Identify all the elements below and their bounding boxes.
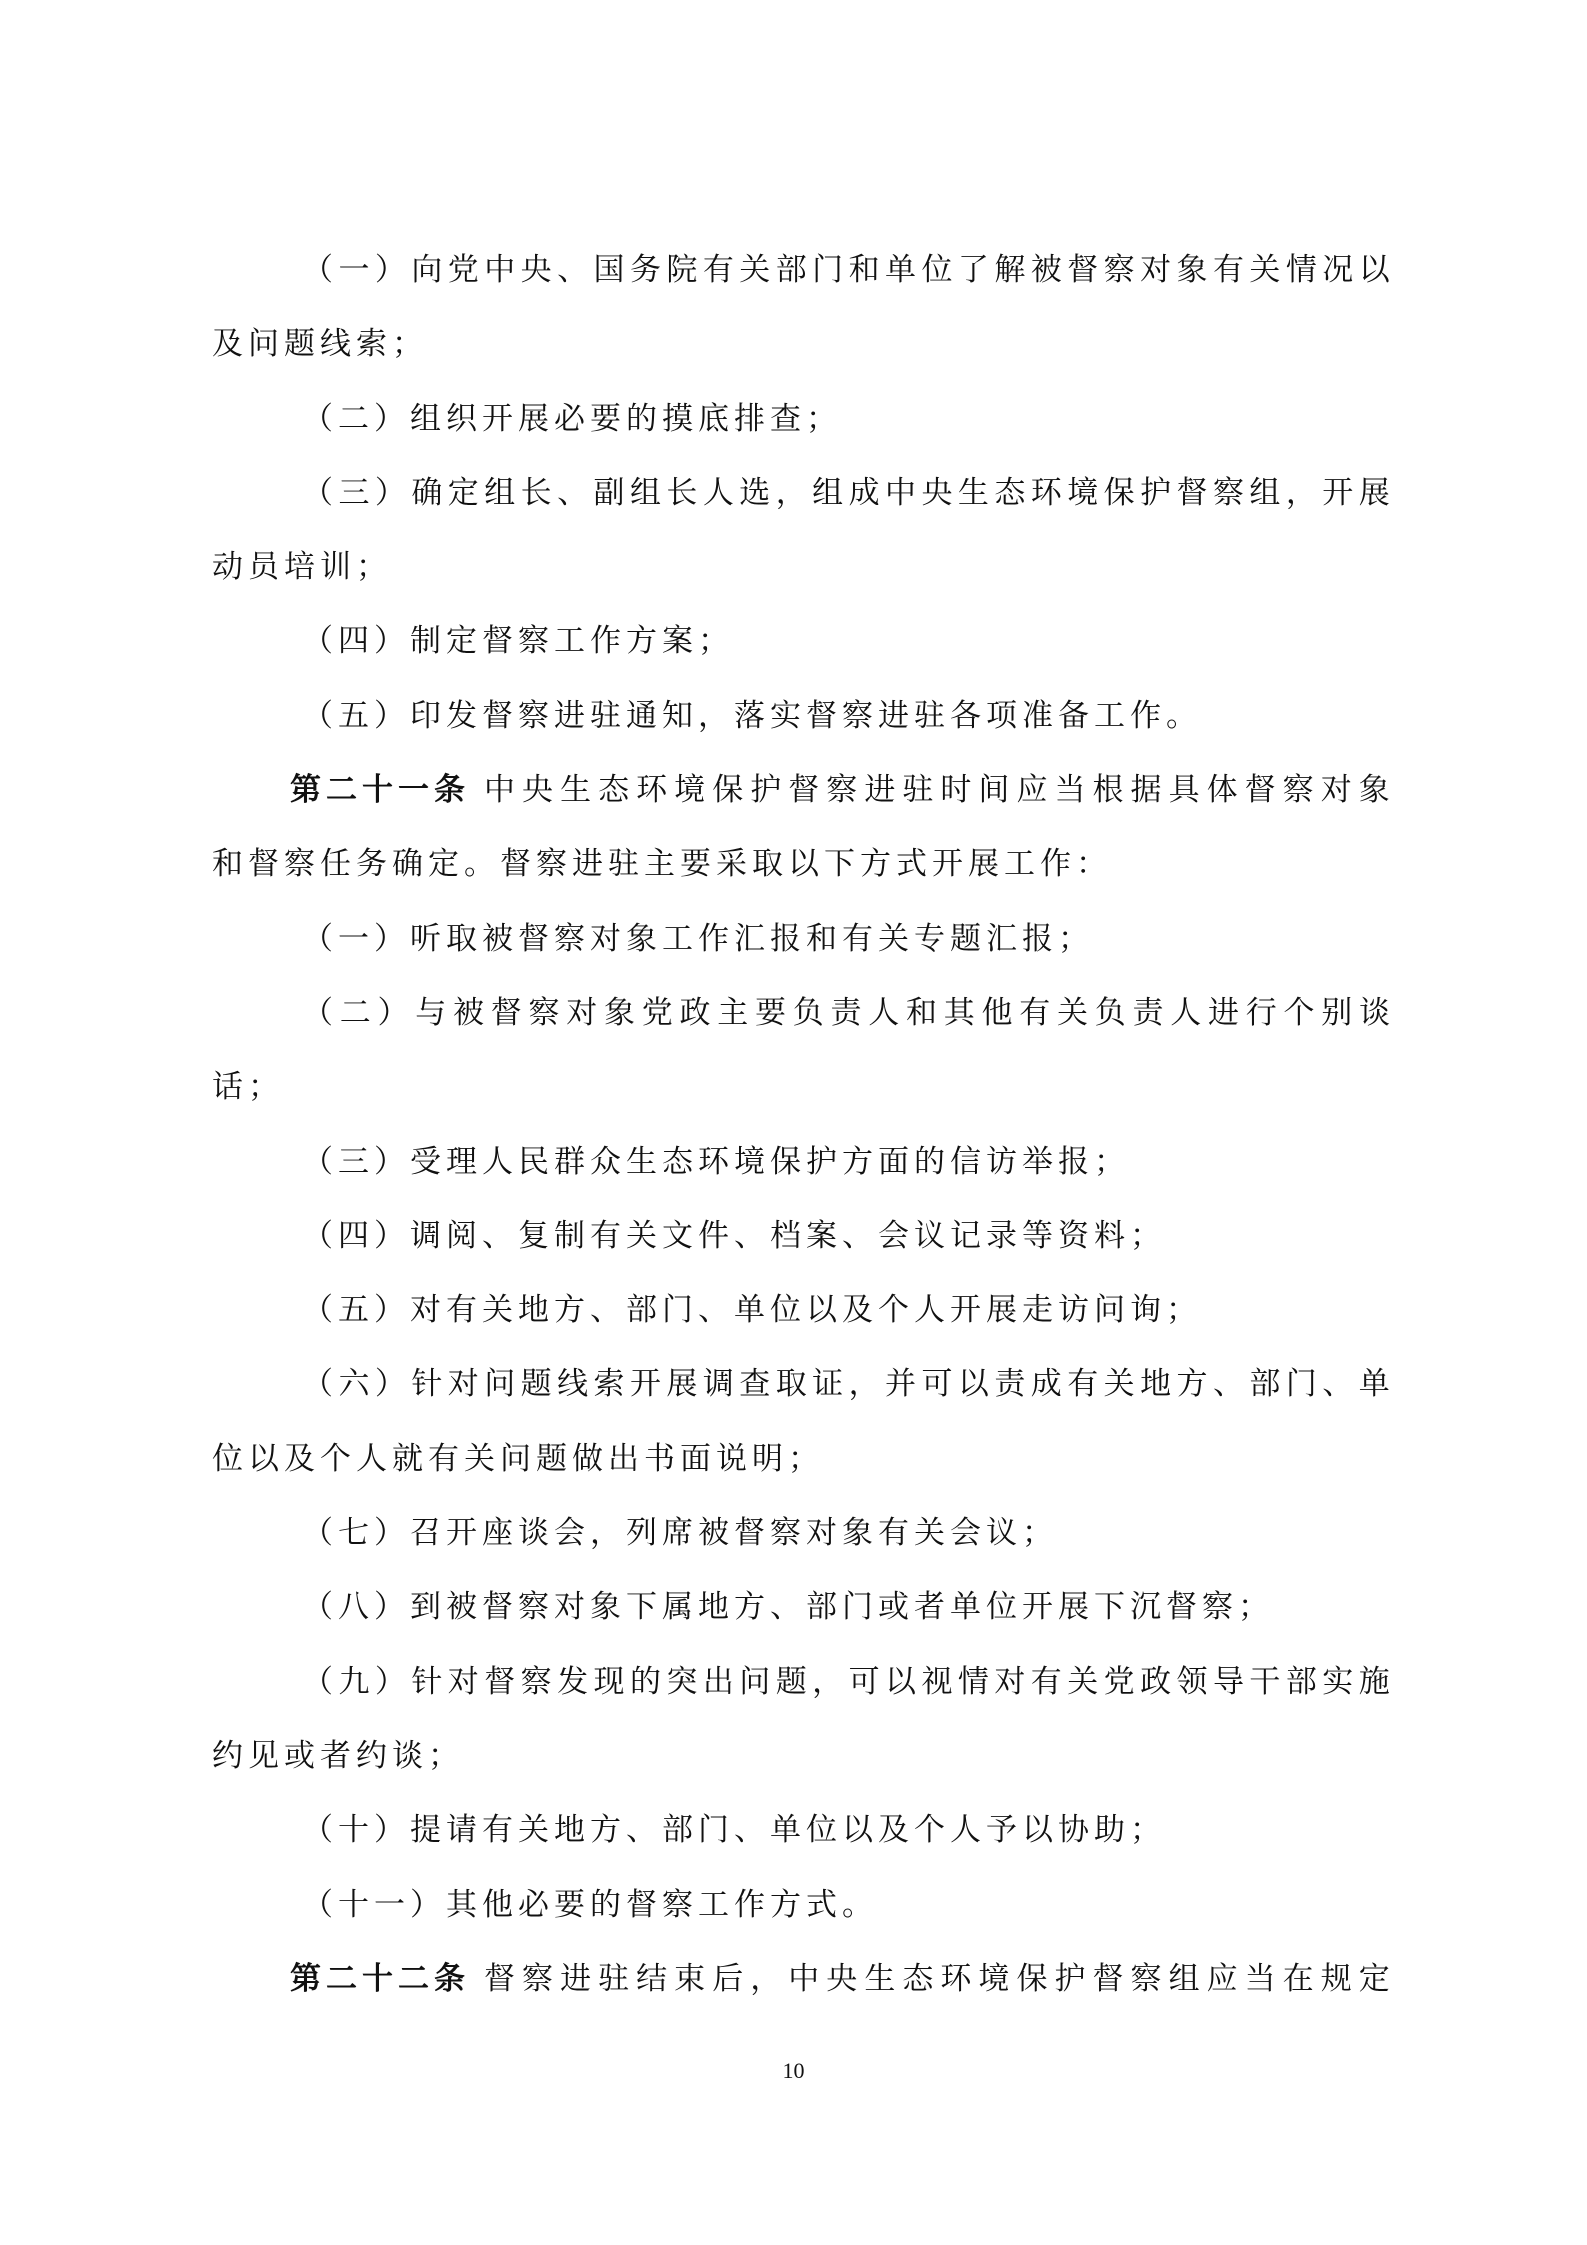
paragraph-line: （五）对有关地方、部门、单位以及个人开展走访问询； [212, 1288, 1390, 1362]
paragraph-line: （十一）其他必要的督察工作方式。 [212, 1883, 1390, 1957]
paragraph-line: （六）针对问题线索开展调查取证，并可以责成有关地方、部门、单 [212, 1362, 1390, 1436]
page-number: 10 [0, 2058, 1587, 2084]
paragraph-line: （四）制定督察工作方案； [212, 619, 1390, 693]
paragraph-line: 约见或者约谈； [212, 1734, 1390, 1808]
document-body: （一）向党中央、国务院有关部门和单位了解被督察对象有关情况以及问题线索；（二）组… [212, 248, 1390, 2031]
paragraph-line: 及问题线索； [212, 322, 1390, 396]
paragraph-line: 和督察任务确定。督察进驻主要采取以下方式开展工作： [212, 842, 1390, 916]
article-paragraph-line: 第二十二条督察进驻结束后，中央生态环境保护督察组应当在规定 [212, 1957, 1390, 2031]
paragraph-line: （七）召开座谈会，列席被督察对象有关会议； [212, 1511, 1390, 1585]
article-heading: 第二十一条 [290, 768, 470, 842]
paragraph-line: （二）与被督察对象党政主要负责人和其他有关负责人进行个别谈 [212, 991, 1390, 1065]
paragraph-line: （十）提请有关地方、部门、单位以及个人予以协助； [212, 1808, 1390, 1882]
paragraph-line: 话； [212, 1065, 1390, 1139]
document-page: （一）向党中央、国务院有关部门和单位了解被督察对象有关情况以及问题线索；（二）组… [0, 0, 1587, 2245]
paragraph-line: 动员培训； [212, 545, 1390, 619]
paragraph-line: （九）针对督察发现的突出问题，可以视情对有关党政领导干部实施 [212, 1660, 1390, 1734]
paragraph-line: （三）受理人民群众生态环境保护方面的信访举报； [212, 1140, 1390, 1214]
paragraph-line: （四）调阅、复制有关文件、档案、会议记录等资料； [212, 1214, 1390, 1288]
paragraph-line: （五）印发督察进驻通知，落实督察进驻各项准备工作。 [212, 694, 1390, 768]
paragraph-line: （二）组织开展必要的摸底排查； [212, 397, 1390, 471]
paragraph-line: （一）向党中央、国务院有关部门和单位了解被督察对象有关情况以 [212, 248, 1390, 322]
article-text: 督察进驻结束后，中央生态环境保护督察组应当在规定 [484, 1957, 1390, 2031]
article-heading: 第二十二条 [290, 1957, 470, 2031]
paragraph-line: 位以及个人就有关问题做出书面说明； [212, 1437, 1390, 1511]
article-paragraph-line: 第二十一条中央生态环境保护督察进驻时间应当根据具体督察对象 [212, 768, 1390, 842]
article-text: 中央生态环境保护督察进驻时间应当根据具体督察对象 [484, 768, 1390, 842]
paragraph-line: （一）听取被督察对象工作汇报和有关专题汇报； [212, 917, 1390, 991]
paragraph-line: （三）确定组长、副组长人选，组成中央生态环境保护督察组，开展 [212, 471, 1390, 545]
paragraph-line: （八）到被督察对象下属地方、部门或者单位开展下沉督察； [212, 1585, 1390, 1659]
